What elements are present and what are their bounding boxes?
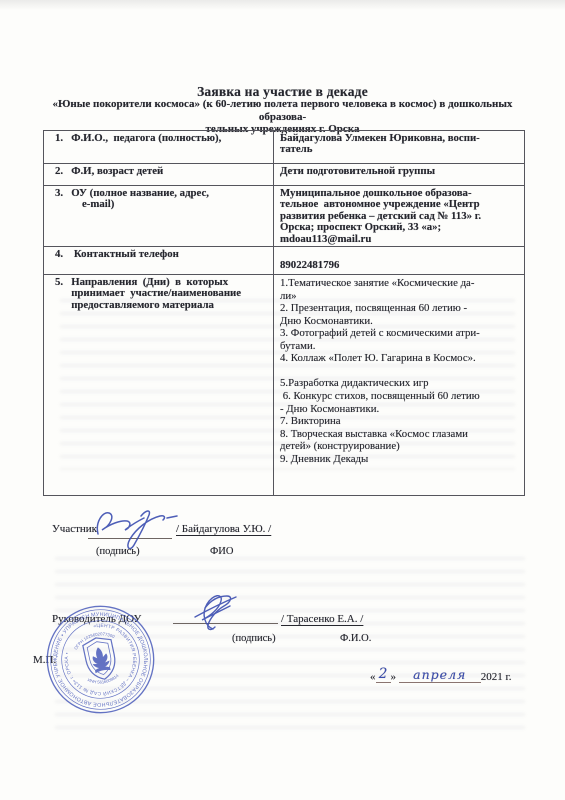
row3-field-value: Муниципальное дошкольное образова- тельн…	[274, 186, 525, 247]
head-signature-ink	[186, 589, 242, 635]
row1-field-label: 1. Ф.И.О., педагога (полностью),	[44, 131, 274, 164]
scanned-application-form: Заявка на участие в декаде «Юные покорит…	[0, 0, 565, 800]
date-line: «2» апреля2021 г.	[370, 666, 512, 683]
head-name: / Тарасенко Е.А. /	[281, 613, 363, 625]
date-month-handwritten: апреля	[413, 667, 466, 682]
row2-field-label: 2. Ф.И, возраст детей	[44, 164, 274, 186]
row1-field-value: Байдагулова Улмекен Юриковна, воспи- тат…	[274, 131, 525, 164]
head-sign-caption: (подпись)	[232, 633, 276, 644]
date-month-slot: апреля	[399, 667, 481, 683]
table-row: 4. Контактный телефон 89022481796	[44, 247, 525, 275]
participant-sign-caption: (подпись)	[96, 546, 140, 557]
date-day-slot: 2	[376, 666, 391, 683]
row4-field-value: 89022481796	[274, 247, 525, 275]
table-row: 3. ОУ (полное название, адрес, e-mail) М…	[44, 186, 525, 247]
row5-field-label: 5. Направления (Дни) в которых принимает…	[44, 275, 274, 496]
date-year: 2021 г.	[481, 671, 512, 683]
row4-field-label: 4. Контактный телефон	[44, 247, 274, 275]
table-row: 5. Направления (Дни) в которых принимает…	[44, 275, 525, 496]
application-table: 1. Ф.И.О., педагога (полностью), Байдагу…	[43, 130, 525, 496]
organization-round-stamp: МУНИЦИПАЛЬНОЕ ДОШКОЛЬНОЕ ОБРАЗОВАТЕЛЬНОЕ…	[43, 602, 158, 717]
participant-name: / Байдагулова У.Ю. /	[176, 523, 271, 535]
row5-field-value: 1.Тематическое занятие «Космические да- …	[274, 275, 525, 496]
row2-field-value: Дети подготовительной группы	[274, 164, 525, 186]
table-row: 2. Ф.И, возраст детей Дети подготовитель…	[44, 164, 525, 186]
participant-name-caption: ФИО	[210, 546, 233, 557]
head-name-caption: Ф.И.О.	[340, 633, 371, 644]
date-close-quote: »	[391, 671, 397, 683]
row3-field-label: 3. ОУ (полное название, адрес, e-mail)	[44, 186, 274, 247]
stamp-shield-eagle-emblem	[82, 635, 119, 682]
table-row: 1. Ф.И.О., педагога (полностью), Байдагу…	[44, 131, 525, 164]
date-day-handwritten: 2	[379, 666, 388, 682]
